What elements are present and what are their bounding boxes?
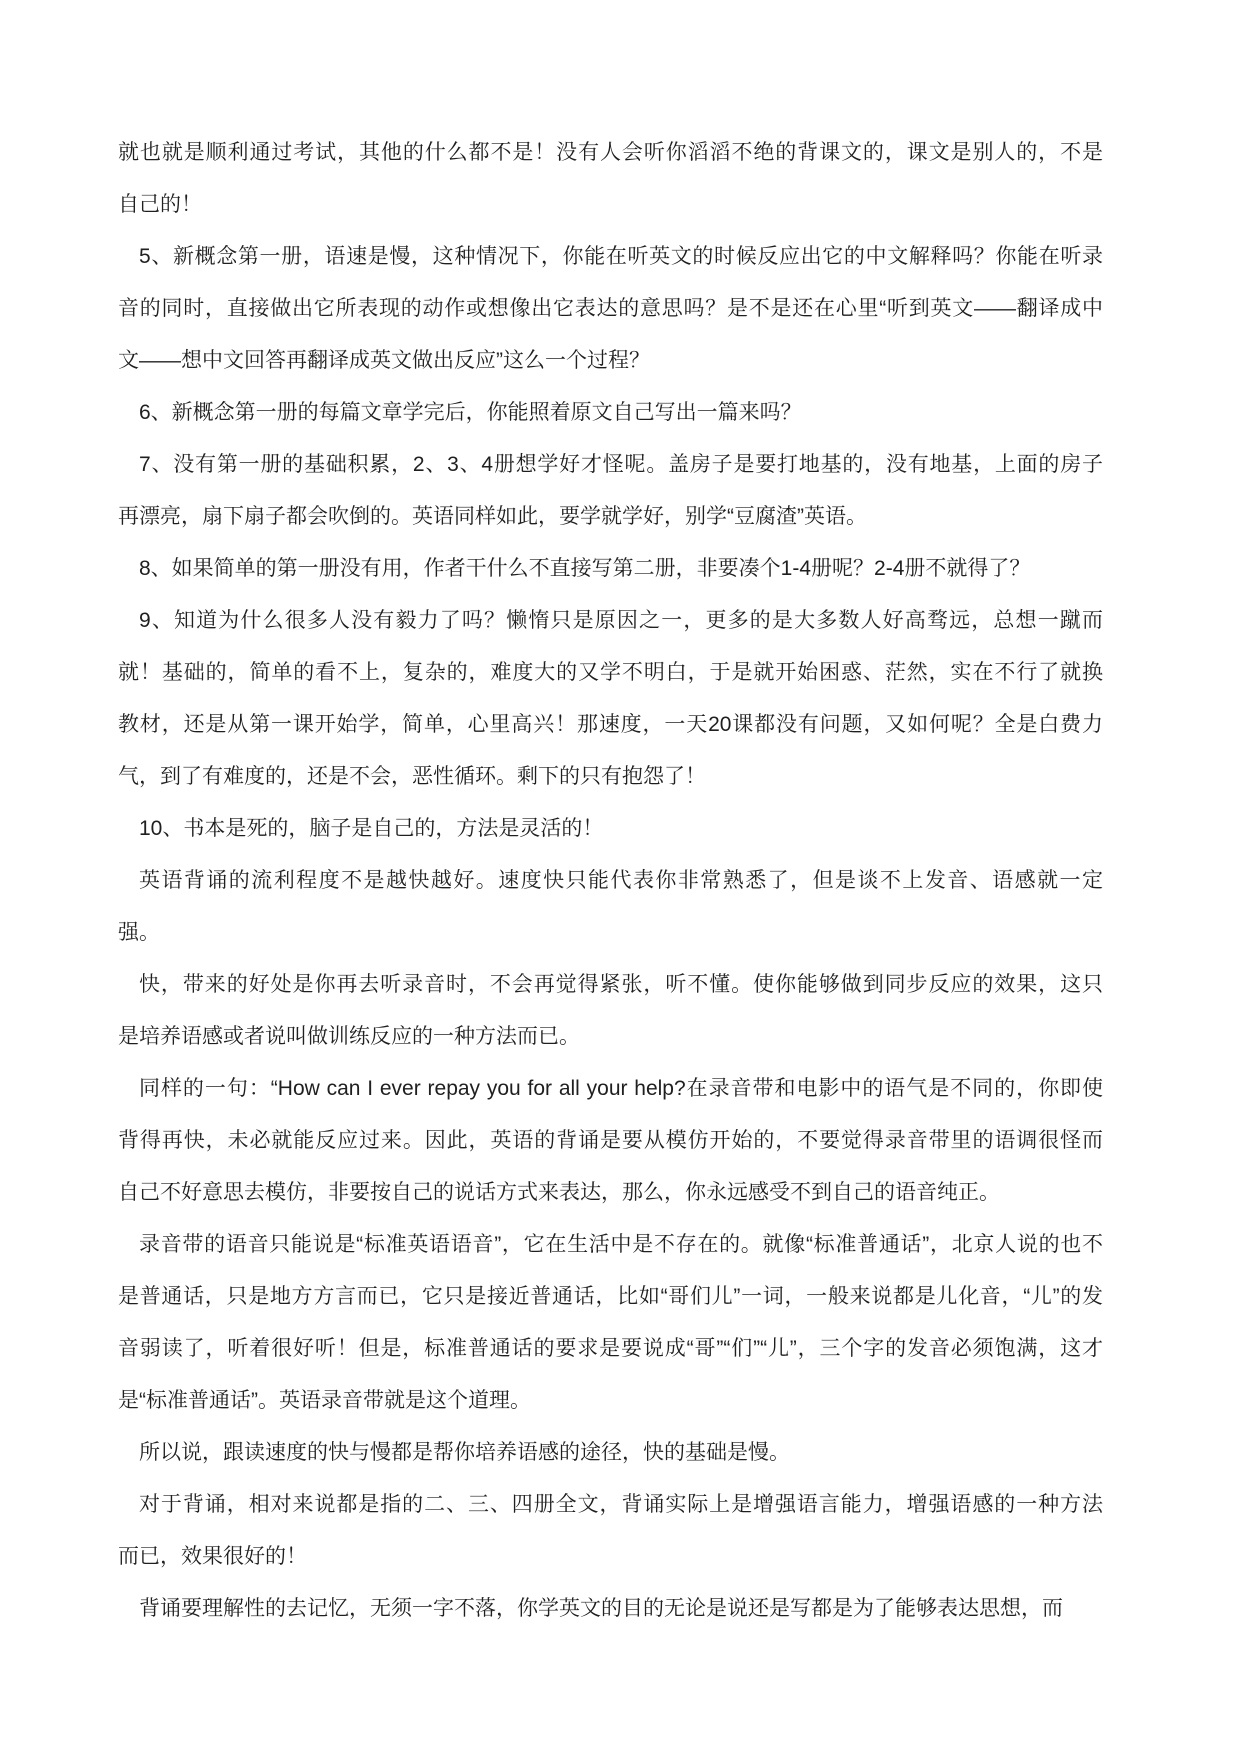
paragraph: 录音带的语音只能说是“标准英语语音”，它在生活中是不存在的。就像“标准普通话”，… — [118, 1219, 1103, 1427]
paragraph: 8、如果简单的第一册没有用，作者干什么不直接写第二册，非要凑个1-4册呢？2-4… — [118, 543, 1103, 595]
text-line: 录音带的语音只能说是“标准英语语音”，它在生活中是不存在的。就像“标准普通话”，… — [118, 1219, 1103, 1271]
text-line: 文——想中文回答再翻译成英文做出反应”这么一个过程？ — [118, 335, 1103, 387]
text-line: 同样的一句：“How can I ever repay you for all … — [118, 1063, 1103, 1115]
text-line: 气，到了有难度的，还是不会，恶性循环。剩下的只有抱怨了！ — [118, 751, 1103, 803]
paragraph: 10、书本是死的，脑子是自己的，方法是灵活的！ — [118, 803, 1103, 855]
paragraph: 对于背诵，相对来说都是指的二、三、四册全文，背诵实际上是增强语言能力，增强语感的… — [118, 1479, 1103, 1583]
text-line: 音的同时，直接做出它所表现的动作或想像出它表达的意思吗？是不是还在心里“听到英文… — [118, 283, 1103, 335]
text-line: 自己不好意思去模仿，非要按自己的说话方式来表达，那么，你永远感受不到自己的语音纯… — [118, 1167, 1103, 1219]
text-line: 快，带来的好处是你再去听录音时，不会再觉得紧张，听不懂。使你能够做到同步反应的效… — [118, 959, 1103, 1011]
text-line: 英语背诵的流利程度不是越快越好。速度快只能代表你非常熟悉了，但是谈不上发音、语感… — [118, 855, 1103, 907]
document-page: 就也就是顺利通过考试，其他的什么都不是！没有人会听你滔滔不绝的背课文的，课文是别… — [0, 0, 1241, 1754]
text-line: 背诵要理解性的去记忆，无须一字不落，你学英文的目的无论是说还是写都是为了能够表达… — [118, 1583, 1103, 1635]
paragraph: 背诵要理解性的去记忆，无须一字不落，你学英文的目的无论是说还是写都是为了能够表达… — [118, 1583, 1103, 1635]
text-line: 10、书本是死的，脑子是自己的，方法是灵活的！ — [118, 803, 1103, 855]
text-line: 背得再快，未必就能反应过来。因此，英语的背诵是要从模仿开始的，不要觉得录音带里的… — [118, 1115, 1103, 1167]
paragraph: 快，带来的好处是你再去听录音时，不会再觉得紧张，听不懂。使你能够做到同步反应的效… — [118, 959, 1103, 1063]
text-line: 就也就是顺利通过考试，其他的什么都不是！没有人会听你滔滔不绝的背课文的，课文是别… — [118, 127, 1103, 179]
paragraph: 9、知道为什么很多人没有毅力了吗？懒惰只是原因之一，更多的是大多数人好高骛远，总… — [118, 595, 1103, 803]
text-line: 就！基础的，简单的看不上，复杂的，难度大的又学不明白，于是就开始困惑、茫然，实在… — [118, 647, 1103, 699]
paragraph: 同样的一句：“How can I ever repay you for all … — [118, 1063, 1103, 1219]
text-line: 教材，还是从第一课开始学，简单，心里高兴！那速度，一天20课都没有问题，又如何呢… — [118, 699, 1103, 751]
text-line: 是培养语感或者说叫做训练反应的一种方法而已。 — [118, 1011, 1103, 1063]
paragraph: 7、没有第一册的基础积累，2、3、4册想学好才怪呢。盖房子是要打地基的，没有地基… — [118, 439, 1103, 543]
text-line: 对于背诵，相对来说都是指的二、三、四册全文，背诵实际上是增强语言能力，增强语感的… — [118, 1479, 1103, 1531]
paragraph: 5、新概念第一册，语速是慢，这种情况下，你能在听英文的时候反应出它的中文解释吗？… — [118, 231, 1103, 387]
paragraph: 所以说，跟读速度的快与慢都是帮你培养语感的途径，快的基础是慢。 — [118, 1427, 1103, 1479]
text-line: 是普通话，只是地方方言而已，它只是接近普通话，比如“哥们儿”一词，一般来说都是儿… — [118, 1271, 1103, 1323]
text-line: 7、没有第一册的基础积累，2、3、4册想学好才怪呢。盖房子是要打地基的，没有地基… — [118, 439, 1103, 491]
text-line: 5、新概念第一册，语速是慢，这种情况下，你能在听英文的时候反应出它的中文解释吗？… — [118, 231, 1103, 283]
text-line: 8、如果简单的第一册没有用，作者干什么不直接写第二册，非要凑个1-4册呢？2-4… — [118, 543, 1103, 595]
paragraph: 就也就是顺利通过考试，其他的什么都不是！没有人会听你滔滔不绝的背课文的，课文是别… — [118, 127, 1103, 231]
paragraph: 6、新概念第一册的每篇文章学完后，你能照着原文自己写出一篇来吗？ — [118, 387, 1103, 439]
text-line: 音弱读了，听着很好听！但是，标准普通话的要求是要说成“哥”“们”“儿”，三个字的… — [118, 1323, 1103, 1375]
text-line: 强。 — [118, 907, 1103, 959]
text-line: 而已，效果很好的！ — [118, 1531, 1103, 1583]
paragraph: 英语背诵的流利程度不是越快越好。速度快只能代表你非常熟悉了，但是谈不上发音、语感… — [118, 855, 1103, 959]
document-body: 就也就是顺利通过考试，其他的什么都不是！没有人会听你滔滔不绝的背课文的，课文是别… — [118, 127, 1103, 1635]
text-line: 6、新概念第一册的每篇文章学完后，你能照着原文自己写出一篇来吗？ — [118, 387, 1103, 439]
text-line: 是“标准普通话”。英语录音带就是这个道理。 — [118, 1375, 1103, 1427]
text-line: 自己的！ — [118, 179, 1103, 231]
text-line: 9、知道为什么很多人没有毅力了吗？懒惰只是原因之一，更多的是大多数人好高骛远，总… — [118, 595, 1103, 647]
text-line: 再漂亮，扇下扇子都会吹倒的。英语同样如此，要学就学好，别学“豆腐渣”英语。 — [118, 491, 1103, 543]
text-line: 所以说，跟读速度的快与慢都是帮你培养语感的途径，快的基础是慢。 — [118, 1427, 1103, 1479]
